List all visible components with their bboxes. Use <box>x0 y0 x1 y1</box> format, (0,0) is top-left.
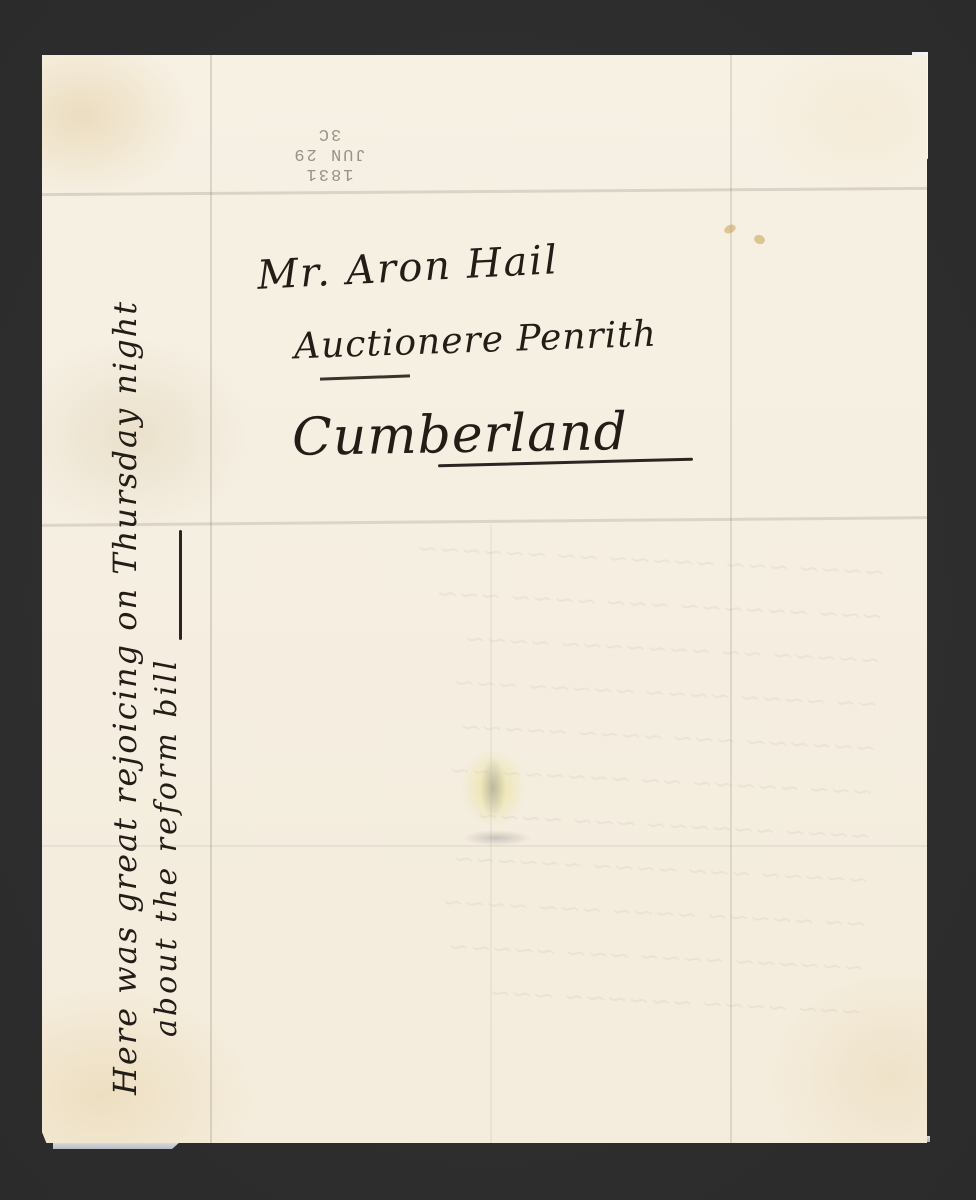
wax-seal-residue <box>458 745 528 840</box>
margin-note: Here was great rejoicing on Thursday nig… <box>102 300 186 1095</box>
fold-line <box>42 187 927 196</box>
letter-sheet: ~~~~ ~~~ ~~~~~ ~~ ~~~~~~~~~ ~~~~~~ ~~~ ~… <box>42 55 927 1143</box>
foxing-stain <box>723 223 737 235</box>
addressee-occupation-town: Auctionere Penrith <box>293 314 657 368</box>
postmark-code: 3C <box>264 123 394 143</box>
postmark-year: 1831 <box>264 163 394 183</box>
fold-line <box>210 55 212 1143</box>
ink-flourish <box>320 374 410 380</box>
seal-tear <box>462 830 532 846</box>
addressee-name: Mr. Aron Hail <box>256 237 560 299</box>
ink-dash <box>179 530 182 640</box>
foxing-stain <box>753 233 766 245</box>
margin-note-line-2: about the reform bill <box>148 300 186 1095</box>
addressee-county: Cumberland <box>292 402 629 468</box>
postmark-date: JUN 29 <box>264 143 394 163</box>
margin-note-line-1: Here was great rejoicing on Thursday nig… <box>102 300 148 1095</box>
postmark-stamp: 1831 JUN 29 3C <box>264 103 394 183</box>
bleed-through-text: ~~~~ ~~~ ~~~~~ ~~ ~~~~~~~~~ ~~~~~~ ~~~ ~… <box>258 520 886 1111</box>
fold-line <box>730 55 732 1143</box>
